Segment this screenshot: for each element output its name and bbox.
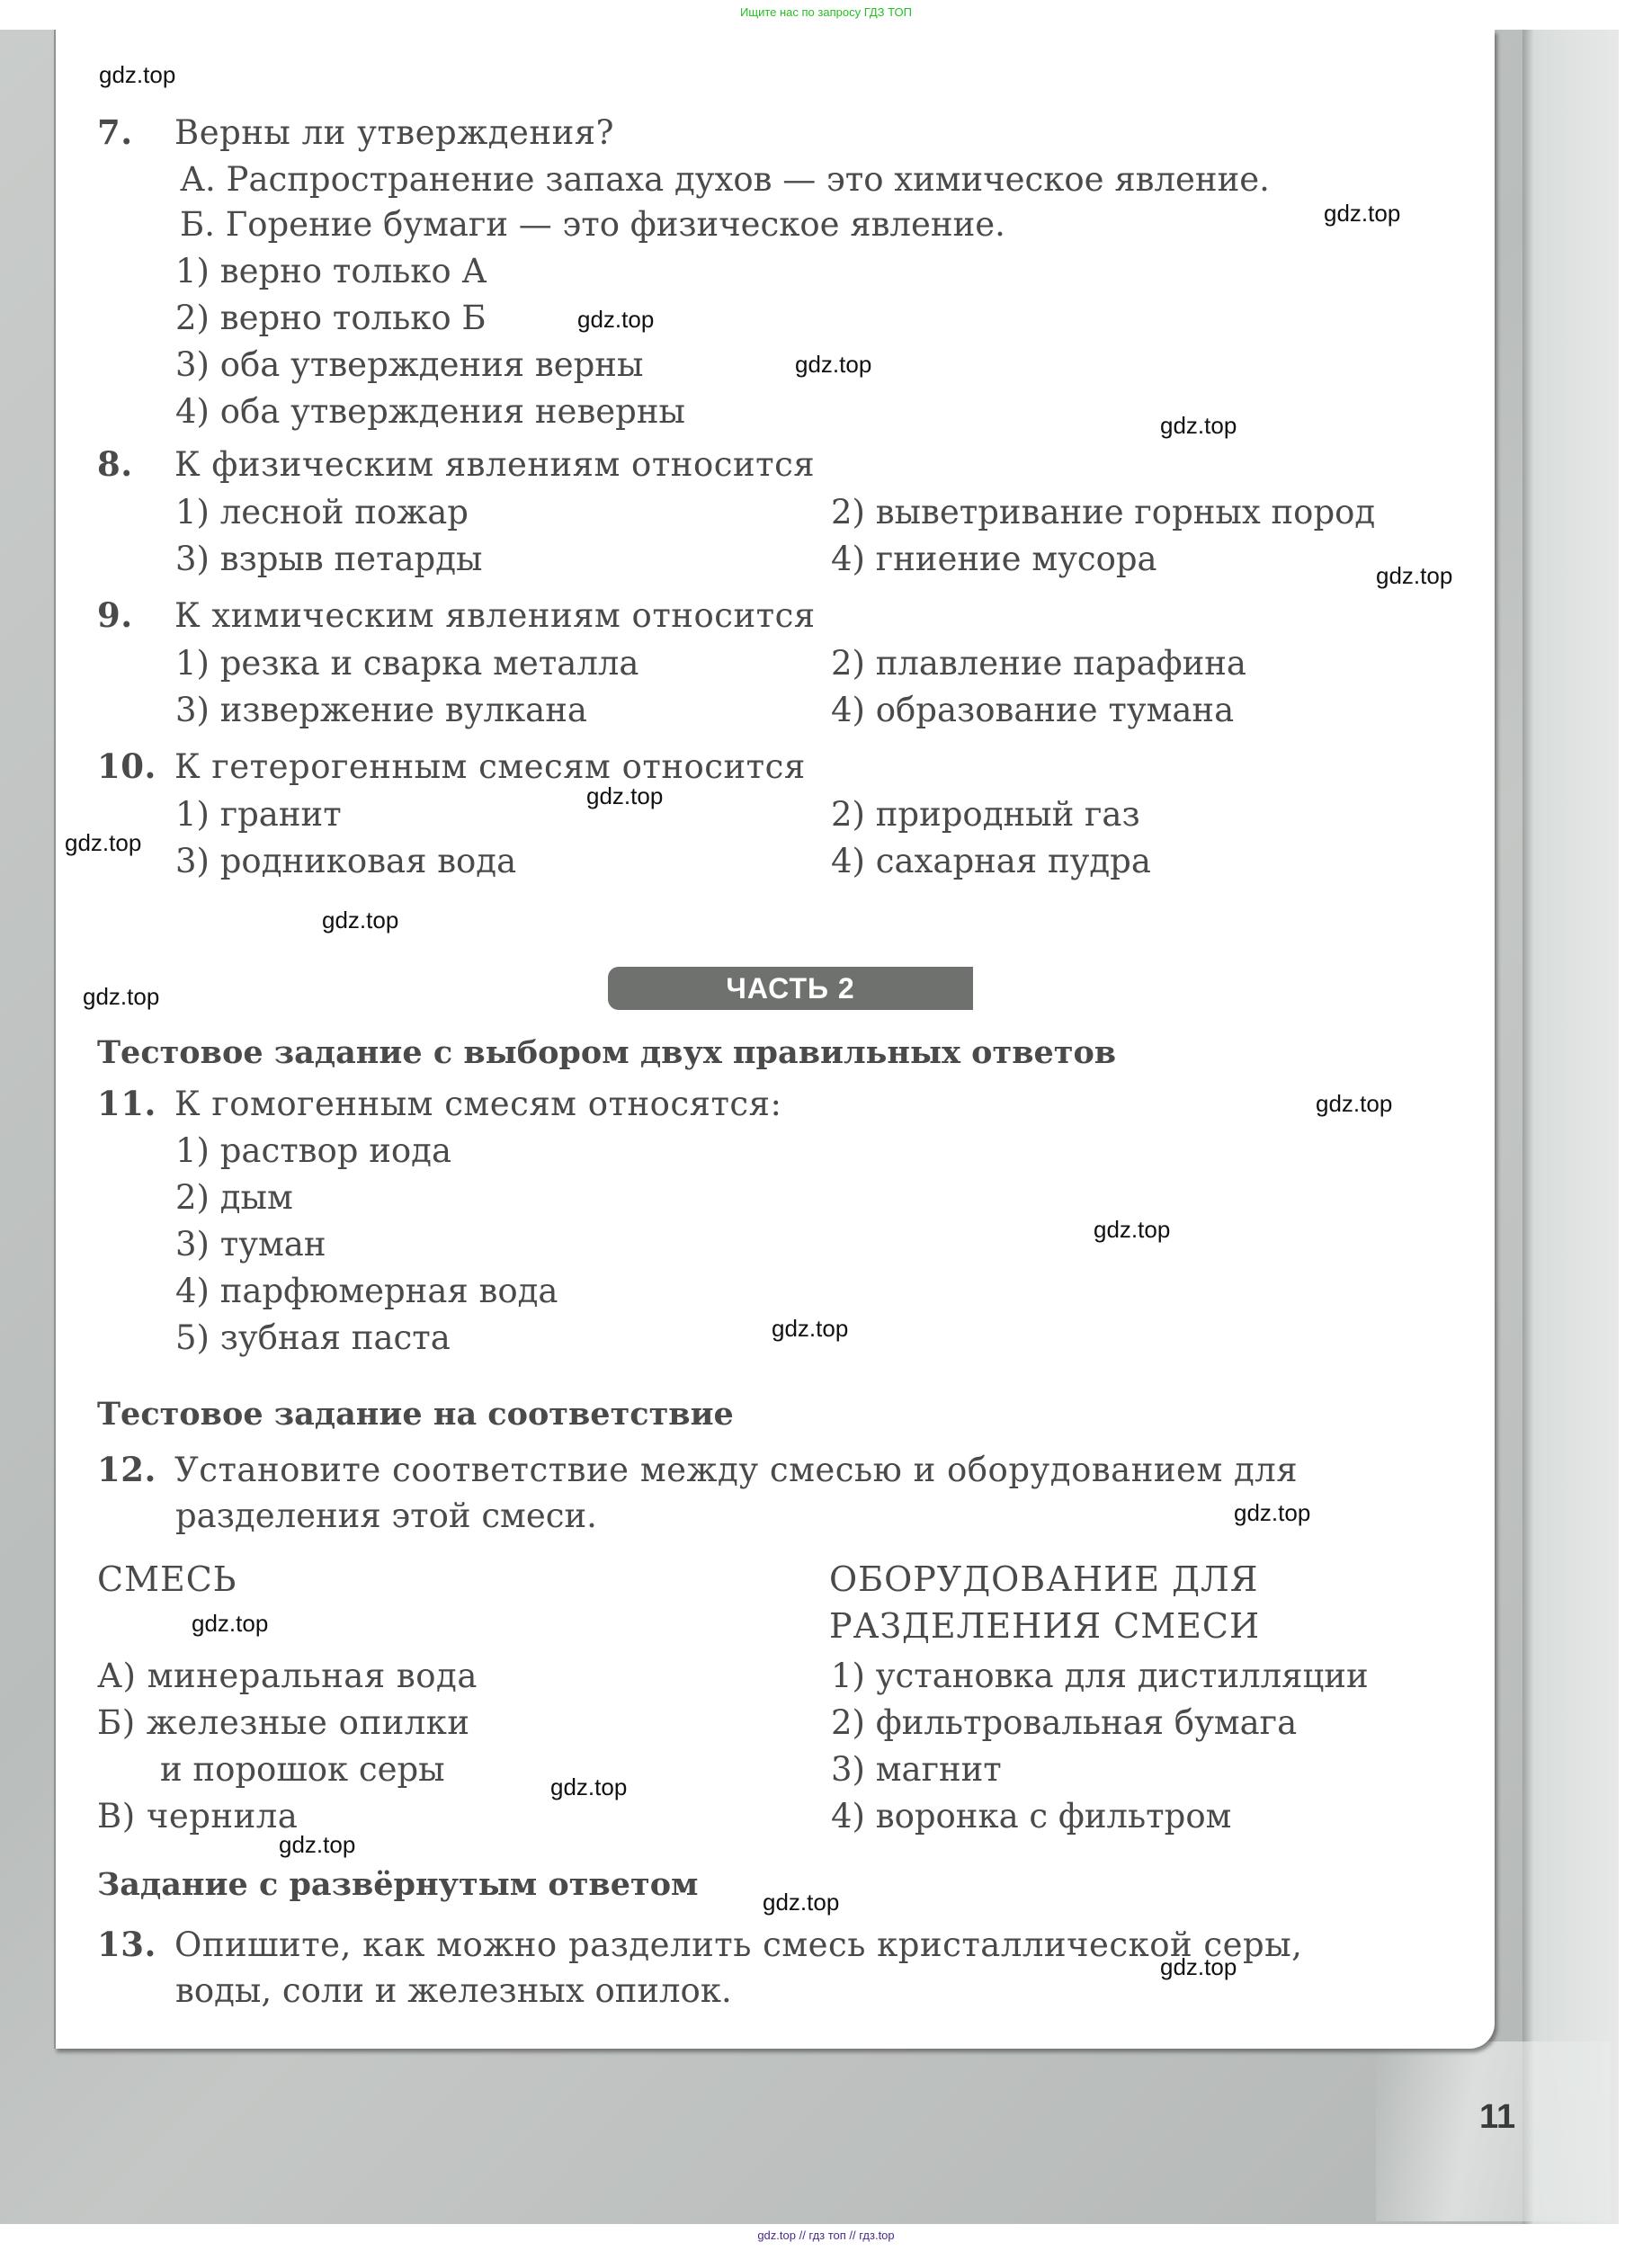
option-10-4: 4) сахарная пудра: [831, 842, 1151, 880]
watermark: gdz.top: [1160, 412, 1237, 440]
option-7-3: 3) оба утверждения верны: [175, 345, 643, 384]
watermark: gdz.top: [577, 306, 654, 334]
question-12-text-cont: разделения этой смеси.: [175, 1496, 597, 1535]
watermark: gdz.top: [763, 1889, 839, 1916]
watermark: gdz.top: [1234, 1499, 1310, 1527]
question-13: 13.Опишите, как можно разделить смесь кр…: [97, 1925, 1302, 1964]
watermark: gdz.top: [279, 1831, 355, 1859]
page-edge: [1523, 30, 1619, 2224]
column-header-mixture: СМЕСЬ: [97, 1556, 237, 1603]
equipment-1: 1) установка для дистилляции: [831, 1657, 1369, 1695]
question-text: К гетерогенным смесям относится: [174, 747, 806, 786]
option-11-5: 5) зубная паста: [175, 1318, 451, 1357]
option-11-4: 4) парфюмерная вода: [175, 1272, 558, 1310]
statement-a: А. Распространение запаха духов — это хи…: [180, 160, 1270, 199]
question-7: 7.Верны ли утверждения?: [97, 112, 614, 152]
question-13-text-cont: воды, соли и железных опилок.: [175, 1971, 732, 2010]
equipment-4: 4) воронка с фильтром: [831, 1797, 1231, 1836]
option-7-4: 4) оба утверждения неверны: [175, 392, 685, 431]
watermark: gdz.top: [795, 351, 871, 379]
option-9-1: 1) резка и сварка металла: [175, 644, 638, 683]
question-text: К физическим явлениям относится: [174, 445, 815, 484]
question-number: 11.: [97, 1084, 174, 1123]
question-number: 10.: [97, 746, 174, 786]
option-7-1: 1) верно только А: [175, 252, 487, 290]
question-11: 11.К гомогенным смесям относятся:: [97, 1084, 781, 1123]
option-8-1: 1) лесной пожар: [175, 493, 469, 531]
watermark: gdz.top: [550, 1773, 627, 1801]
mixture-a: А) минеральная вода: [97, 1657, 478, 1695]
watermark: gdz.top: [65, 829, 141, 857]
option-9-2: 2) плавление парафина: [831, 644, 1246, 683]
section-heading-matching: Тестовое задание на соответствие: [97, 1396, 734, 1433]
option-8-2: 2) выветривание горных пород: [831, 493, 1375, 531]
option-11-3: 3) туман: [175, 1225, 326, 1264]
part-2-badge: ЧАСТЬ 2: [608, 967, 973, 1010]
section-heading-open: Задание с развёрнутым ответом: [97, 1866, 698, 1903]
page-number: 11: [1479, 2098, 1515, 2137]
option-9-3: 3) извержение вулкана: [175, 691, 587, 729]
watermark: gdz.top: [99, 61, 175, 89]
question-number: 8.: [97, 444, 174, 484]
watermark: gdz.top: [586, 782, 663, 810]
option-8-4: 4) гниение мусора: [831, 540, 1157, 578]
question-text: К химическим явлениям относится: [174, 596, 816, 635]
watermark: gdz.top: [192, 1610, 268, 1638]
equipment-3: 3) магнит: [831, 1750, 1002, 1789]
option-8-3: 3) взрыв петарды: [175, 540, 482, 578]
question-12: 12.Установите соответствие между смесью …: [97, 1450, 1298, 1489]
watermark: gdz.top: [1324, 200, 1400, 228]
watermark: gdz.top: [1316, 1090, 1392, 1118]
option-11-2: 2) дым: [175, 1178, 293, 1217]
watermark: gdz.top: [772, 1315, 848, 1343]
option-7-2: 2) верно только Б: [175, 299, 487, 337]
question-number: 13.: [97, 1925, 174, 1964]
watermark: gdz.top: [322, 907, 398, 934]
question-text: К гомогенным смесям относятся:: [174, 1085, 781, 1123]
statement-b: Б. Горение бумаги — это физическое явлен…: [180, 205, 1005, 244]
question-number: 12.: [97, 1450, 174, 1489]
option-10-2: 2) природный газ: [831, 795, 1140, 834]
equipment-2: 2) фильтровальная бумага: [831, 1703, 1297, 1742]
column-header-equipment-1: ОБОРУДОВАНИЕ ДЛЯ: [829, 1556, 1258, 1603]
top-banner: Ищите нас по запросу ГДЗ ТОП: [0, 5, 1652, 19]
mixture-b: Б) железные опилки: [97, 1703, 470, 1742]
question-text: Опишите, как можно разделить смесь крист…: [174, 1925, 1302, 1964]
question-9: 9.К химическим явлениям относится: [97, 595, 816, 635]
question-8: 8.К физическим явлениям относится: [97, 444, 815, 484]
watermark: gdz.top: [1160, 1953, 1237, 1981]
option-10-1: 1) гранит: [175, 795, 342, 834]
question-text: Установите соответствие между смесью и о…: [174, 1451, 1298, 1489]
question-text: Верны ли утверждения?: [174, 113, 614, 152]
question-number: 9.: [97, 595, 174, 635]
watermark: gdz.top: [83, 983, 159, 1011]
watermark: gdz.top: [1376, 562, 1452, 590]
option-11-1: 1) раствор иода: [175, 1131, 451, 1170]
option-10-3: 3) родниковая вода: [175, 842, 516, 880]
bottom-banner: gdz.top // гдз топ // гдз.top: [0, 2229, 1652, 2242]
mixture-b-cont: и порошок серы: [160, 1750, 445, 1789]
option-9-4: 4) образование тумана: [831, 691, 1234, 729]
column-header-equipment-2: РАЗДЕЛЕНИЯ СМЕСИ: [829, 1603, 1260, 1649]
section-heading-two-answers: Тестовое задание с выбором двух правильн…: [97, 1034, 1116, 1071]
question-10: 10.К гетерогенным смесям относится: [97, 746, 806, 786]
mixture-v: В) чернила: [97, 1797, 298, 1836]
watermark: gdz.top: [1094, 1216, 1170, 1244]
question-number: 7.: [97, 112, 174, 152]
